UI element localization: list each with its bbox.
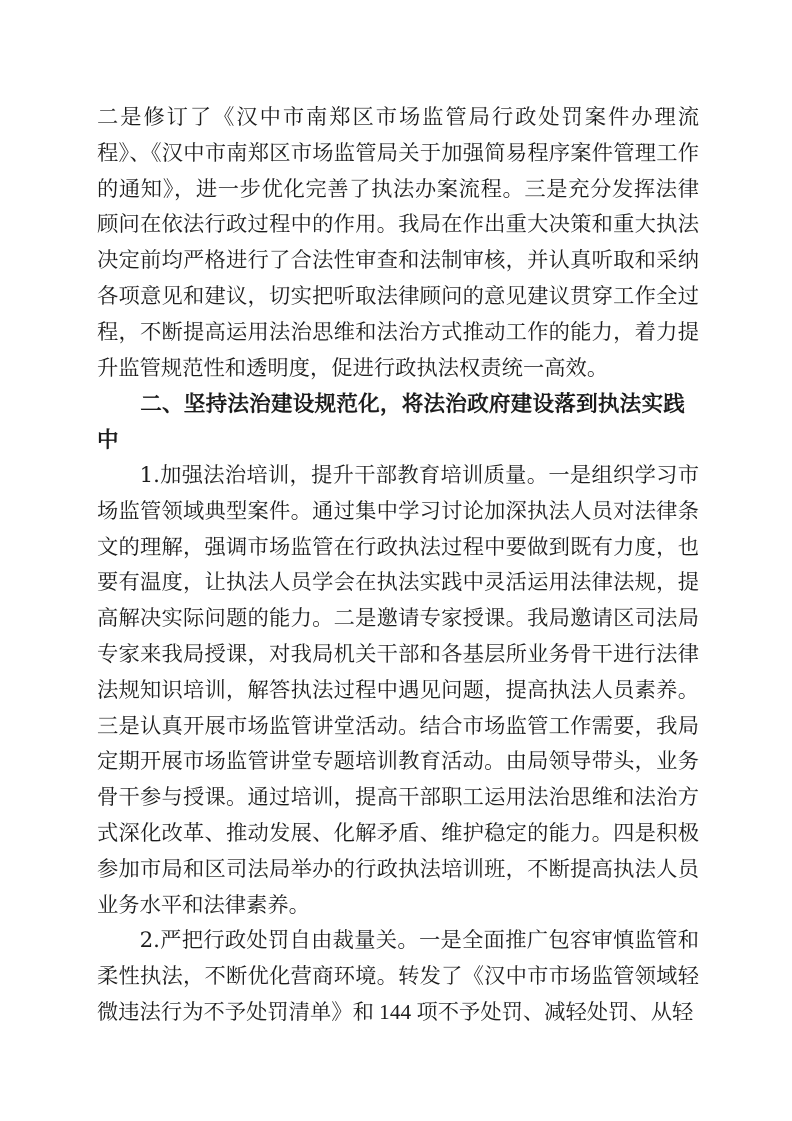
document-page: 二是修订了《汉中市南郑区市场监管局行政处罚案件办理流程》、《汉中市南郑区市场监管… — [0, 0, 792, 1121]
paragraph-item-2: 2.严把行政处罚自由裁量关。一是全面推广包容审慎监管和柔性执法，不断优化营商环境… — [97, 923, 699, 1030]
section-heading: 二、坚持法治建设规范化，将法治政府建设落到执法实践中 — [97, 386, 699, 458]
paragraph-continuation: 二是修订了《汉中市南郑区市场监管局行政处罚案件办理流程》、《汉中市南郑区市场监管… — [97, 100, 699, 386]
paragraph-item-1-body: 一是组织学习市场监管领域典型案件。通过集中学习讨论加深执法人员对法律条文的理解，… — [97, 463, 699, 917]
paragraph-item-1: 1.加强法治培训，提升干部教育培训质量。一是组织学习市场监管领域典型案件。通过集… — [97, 458, 699, 923]
document-content: 二是修订了《汉中市南郑区市场监管局行政处罚案件办理流程》、《汉中市南郑区市场监管… — [97, 100, 699, 1031]
paragraph-item-2-lead: 2.严把行政处罚自由裁量关。 — [140, 928, 419, 953]
paragraph-item-1-lead: 1.加强法治培训，提升干部教育培训质量。 — [140, 463, 549, 488]
